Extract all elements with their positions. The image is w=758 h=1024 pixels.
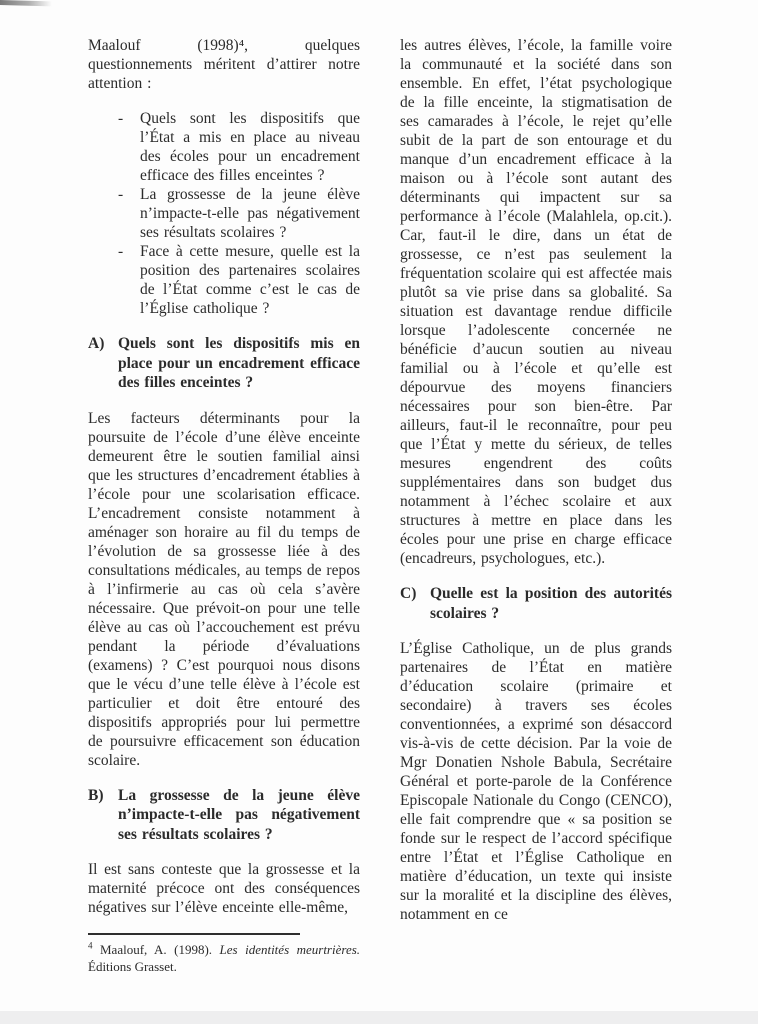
footnote: 4 Maalouf, A. (1998). Les identités meur… bbox=[88, 942, 360, 975]
footnote-citation: Maalouf, A. (1998). bbox=[100, 942, 212, 957]
section-a-title: Quels sont les dispositifs mis en place … bbox=[118, 334, 360, 393]
footnote-book-title: Les identités meurtrières. bbox=[220, 942, 360, 957]
left-column: Maalouf (1998)⁴, quelques questionnement… bbox=[88, 36, 360, 975]
section-b-title: La grossesse de la jeune élève n’impacte… bbox=[118, 786, 360, 845]
section-c-paragraph: L’Église Catholique, un de plus grands p… bbox=[400, 639, 672, 924]
intro-paragraph: Maalouf (1998)⁴, quelques questionnement… bbox=[88, 36, 360, 93]
list-item: - Quels sont les dispositifs que l’État … bbox=[88, 109, 360, 185]
section-b-label: B) bbox=[88, 786, 118, 845]
question-list: - Quels sont les dispositifs que l’État … bbox=[88, 109, 360, 318]
footnote-separator bbox=[88, 933, 300, 935]
footnote-publisher: Éditions Grasset. bbox=[88, 959, 177, 974]
section-a-label: A) bbox=[88, 334, 118, 393]
section-c-text: L’Église Catholique, un de plus grands p… bbox=[400, 640, 672, 828]
document-page: Maalouf (1998)⁴, quelques questionnement… bbox=[0, 0, 758, 1024]
list-item-text: La grossesse de la jeune élève n’impacte… bbox=[140, 185, 360, 242]
section-c-label: C) bbox=[400, 584, 430, 623]
section-b-paragraph: Il est sans conteste que la grossesse et… bbox=[88, 860, 360, 917]
two-column-layout: Maalouf (1998)⁴, quelques questionnement… bbox=[0, 0, 758, 975]
section-c-heading: C) Quelle est la position des autorités … bbox=[400, 584, 672, 623]
list-item: - La grossesse de la jeune élève n’impac… bbox=[88, 185, 360, 242]
list-item-text: Quels sont les dispositifs que l’État a … bbox=[140, 109, 360, 185]
section-a-heading: A) Quels sont les dispositifs mis en pla… bbox=[88, 334, 360, 393]
section-b-heading: B) La grossesse de la jeune élève n’impa… bbox=[88, 786, 360, 845]
list-item-text: Face à cette mesure, quelle est la posit… bbox=[140, 242, 360, 318]
dash-bullet: - bbox=[118, 109, 140, 185]
list-item: - Face à cette mesure, quelle est la pos… bbox=[88, 242, 360, 318]
scan-bottom-strip bbox=[0, 1011, 758, 1024]
dash-bullet: - bbox=[118, 185, 140, 242]
dash-bullet: - bbox=[118, 242, 140, 318]
continuation-paragraph: les autres élèves, l’école, la famille v… bbox=[400, 36, 672, 568]
section-a-paragraph: Les facteurs déterminants pour la poursu… bbox=[88, 409, 360, 770]
right-column: les autres élèves, l’école, la famille v… bbox=[400, 36, 672, 975]
section-c-title: Quelle est la position des autorités sco… bbox=[430, 584, 672, 623]
footnote-marker: 4 bbox=[88, 941, 93, 951]
